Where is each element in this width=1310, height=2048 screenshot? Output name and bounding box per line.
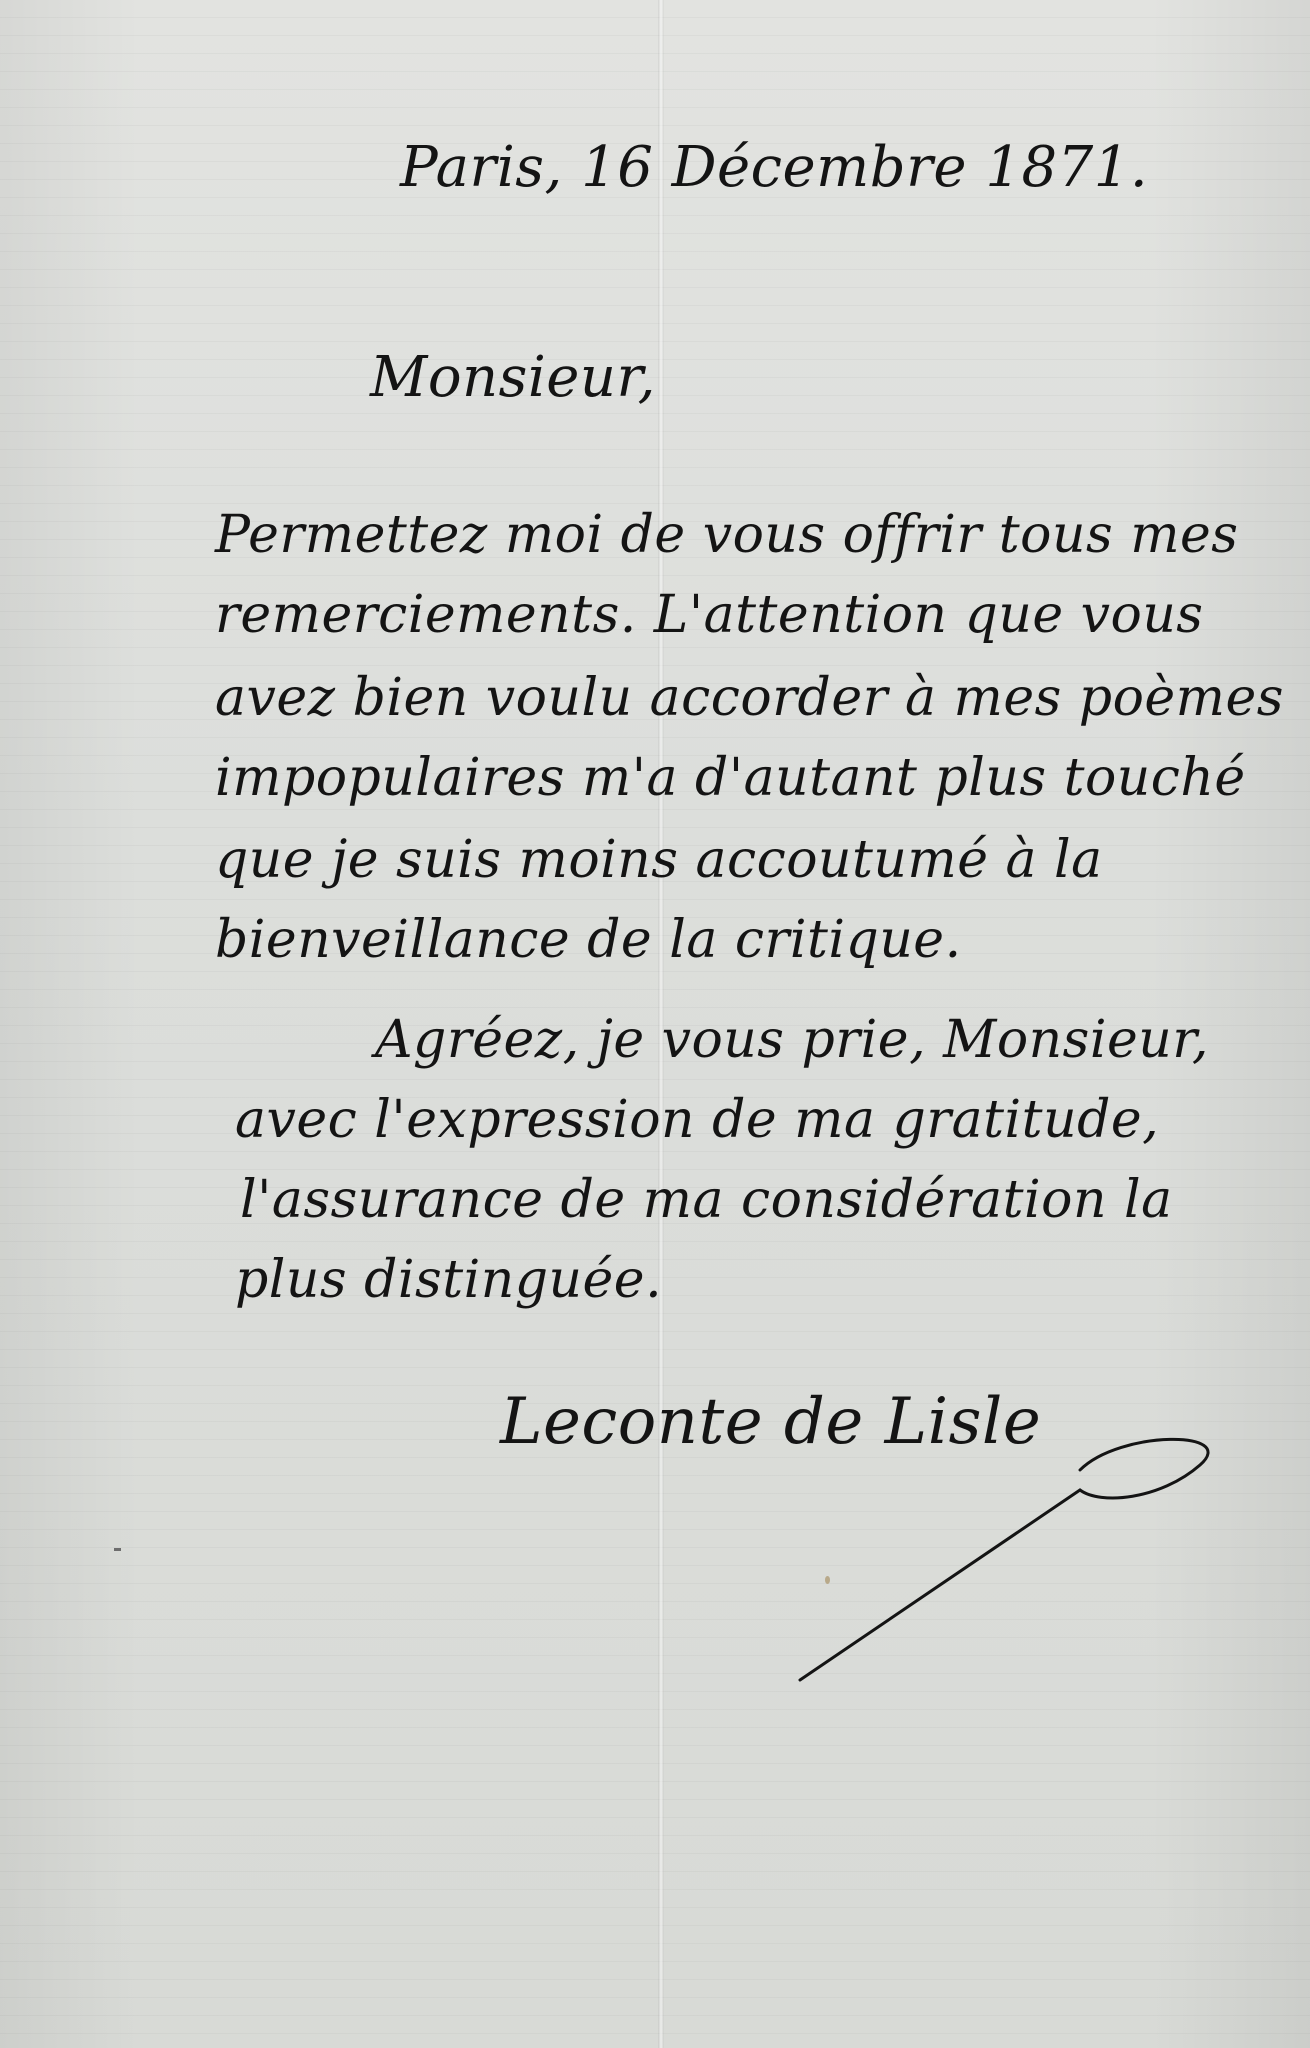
letter-page: Paris, 16 Décembre 1871. Monsieur, Perme… — [0, 0, 1310, 2048]
closing-line: plus distinguée. — [235, 1250, 662, 1310]
body-line: bienveillance de la critique. — [215, 910, 962, 970]
closing-line: Agréez, je vous prie, Monsieur, — [375, 1010, 1209, 1070]
body-line: avez bien voulu accorder à mes poèmes — [215, 668, 1284, 728]
closing-line: avec l'expression de ma gratitude, — [235, 1090, 1159, 1150]
closing-line: l'assurance de ma considération la — [240, 1170, 1173, 1230]
body-line: remerciements. L'attention que vous — [215, 585, 1204, 645]
body-line: Permettez moi de vous offrir tous mes — [215, 505, 1238, 565]
body-line: que je suis moins accoutumé à la — [215, 830, 1103, 890]
body-line: impopulaires m'a d'autant plus touché — [215, 748, 1246, 808]
paper-stain — [825, 1576, 830, 1584]
dateline: Paris, 16 Décembre 1871. — [400, 135, 1148, 200]
salutation: Monsieur, — [370, 345, 656, 410]
paper-mark — [114, 1548, 121, 1551]
signature-flourish-icon — [780, 1410, 1240, 1690]
